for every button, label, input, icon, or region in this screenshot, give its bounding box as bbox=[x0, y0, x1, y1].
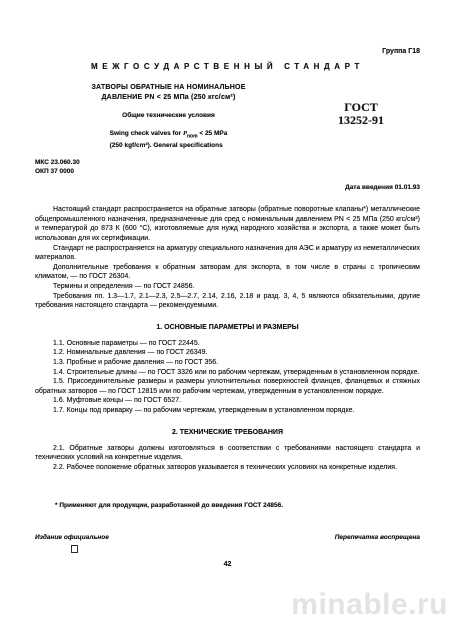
intro-paragraph: Термины и определения — по ГОСТ 24856. bbox=[35, 282, 420, 292]
document-title-ru-line1: ЗАТВОРЫ ОБРАТНЫЕ НА НОМИНАЛЬНОЕ bbox=[35, 83, 302, 93]
document-subtitle-ru: Общие технические условия bbox=[35, 112, 302, 120]
footnote: * Применяют для продукции, разработанной… bbox=[55, 502, 420, 510]
title-column: ЗАТВОРЫ ОБРАТНЫЕ НА НОМИНАЛЬНОЕ ДАВЛЕНИЕ… bbox=[35, 83, 302, 150]
document-content: Группа Г18 МЕЖГОСУДАРСТВЕННЫЙ СТАНДАРТ З… bbox=[0, 0, 450, 569]
title-en-p-subscript: nom bbox=[187, 133, 198, 139]
section-1-heading: 1. ОСНОВНЫЕ ПАРАМЕТРЫ И РАЗМЕРЫ bbox=[35, 323, 420, 332]
section-2-item: 2.1. Обратные затворы должны изготовлять… bbox=[35, 444, 420, 463]
section-2-heading: 2. ТЕХНИЧЕСКИЕ ТРЕБОВАНИЯ bbox=[35, 428, 420, 437]
gost-document-page: Группа Г18 МЕЖГОСУДАРСТВЕННЫЙ СТАНДАРТ З… bbox=[0, 0, 450, 636]
intro-paragraph: Дополнительные требования к обратным зат… bbox=[35, 263, 420, 282]
section-1-item: 1.5. Присоединительные размеры и размеры… bbox=[35, 377, 420, 396]
title-block: ЗАТВОРЫ ОБРАТНЫЕ НА НОМИНАЛЬНОЕ ДАВЛЕНИЕ… bbox=[35, 83, 420, 150]
watermark: minable.ru bbox=[291, 588, 448, 622]
document-title-en: Swing check valves for Pnom < 25 MPa (25… bbox=[110, 129, 228, 150]
section-1-item: 1.1. Основные параметры — по ГОСТ 22445. bbox=[35, 339, 420, 349]
group-label: Группа Г18 bbox=[35, 48, 420, 56]
classification-codes: МКС 23.060.30 ОКП 37 0000 bbox=[35, 158, 420, 176]
okp-code: ОКП 37 0000 bbox=[35, 167, 420, 176]
gost-number: 13252-91 bbox=[302, 114, 420, 127]
intro-paragraph: Стандарт не распространяется на арматуру… bbox=[35, 244, 420, 263]
section-1-item: 1.6. Муфтовые концы — по ГОСТ 6527. bbox=[35, 396, 420, 406]
stamp-square-icon bbox=[71, 545, 78, 553]
section-1-item: 1.7. Концы под приварку — по рабочим чер… bbox=[35, 406, 420, 416]
edition-row: Издание официальное Перепечатка воспреще… bbox=[35, 534, 420, 553]
gost-designation: ГОСТ 13252-91 bbox=[302, 83, 420, 150]
intro-paragraph: Настоящий стандарт распространяется на о… bbox=[35, 205, 420, 243]
document-title-ru-line2: ДАВЛЕНИЕ PN < 25 МПа (250 кгс/см²) bbox=[35, 93, 302, 103]
mks-code: МКС 23.060.30 bbox=[35, 158, 420, 167]
section-1-item: 1.4. Строительные длины — по ГОСТ 3326 и… bbox=[35, 368, 420, 378]
intro-paragraph: Требования пп. 1.3—1.7, 2.1—2.3, 2.5—2.7… bbox=[35, 292, 420, 311]
title-en-suffix: < 25 MPa bbox=[198, 130, 228, 137]
document-title-ru: ЗАТВОРЫ ОБРАТНЫЕ НА НОМИНАЛЬНОЕ ДАВЛЕНИЕ… bbox=[35, 83, 302, 103]
document-title-en-line1: Swing check valves for Pnom < 25 MPa bbox=[110, 129, 228, 141]
title-en-prefix: Swing check valves for bbox=[110, 130, 183, 137]
effective-date: Дата введения 01.01.93 bbox=[35, 184, 420, 192]
document-title-en-line2: (250 kgf/cm²). General specifications bbox=[110, 141, 228, 150]
edition-note: Издание официальное bbox=[35, 534, 109, 553]
page-number: 42 bbox=[35, 561, 420, 569]
section-1-item: 1.2. Номинальные давления — по ГОСТ 2634… bbox=[35, 348, 420, 358]
section-1-item: 1.3. Пробные и рабочие давления — по ГОС… bbox=[35, 358, 420, 368]
edition-note-label: Издание официальное bbox=[35, 534, 109, 541]
document-body: Настоящий стандарт распространяется на о… bbox=[35, 205, 420, 472]
reprint-notice: Перепечатка воспрещена bbox=[335, 534, 420, 542]
standard-type-heading: МЕЖГОСУДАРСТВЕННЫЙ СТАНДАРТ bbox=[35, 62, 420, 71]
section-2-item: 2.2. Рабочее положение обратных затворов… bbox=[35, 463, 420, 473]
